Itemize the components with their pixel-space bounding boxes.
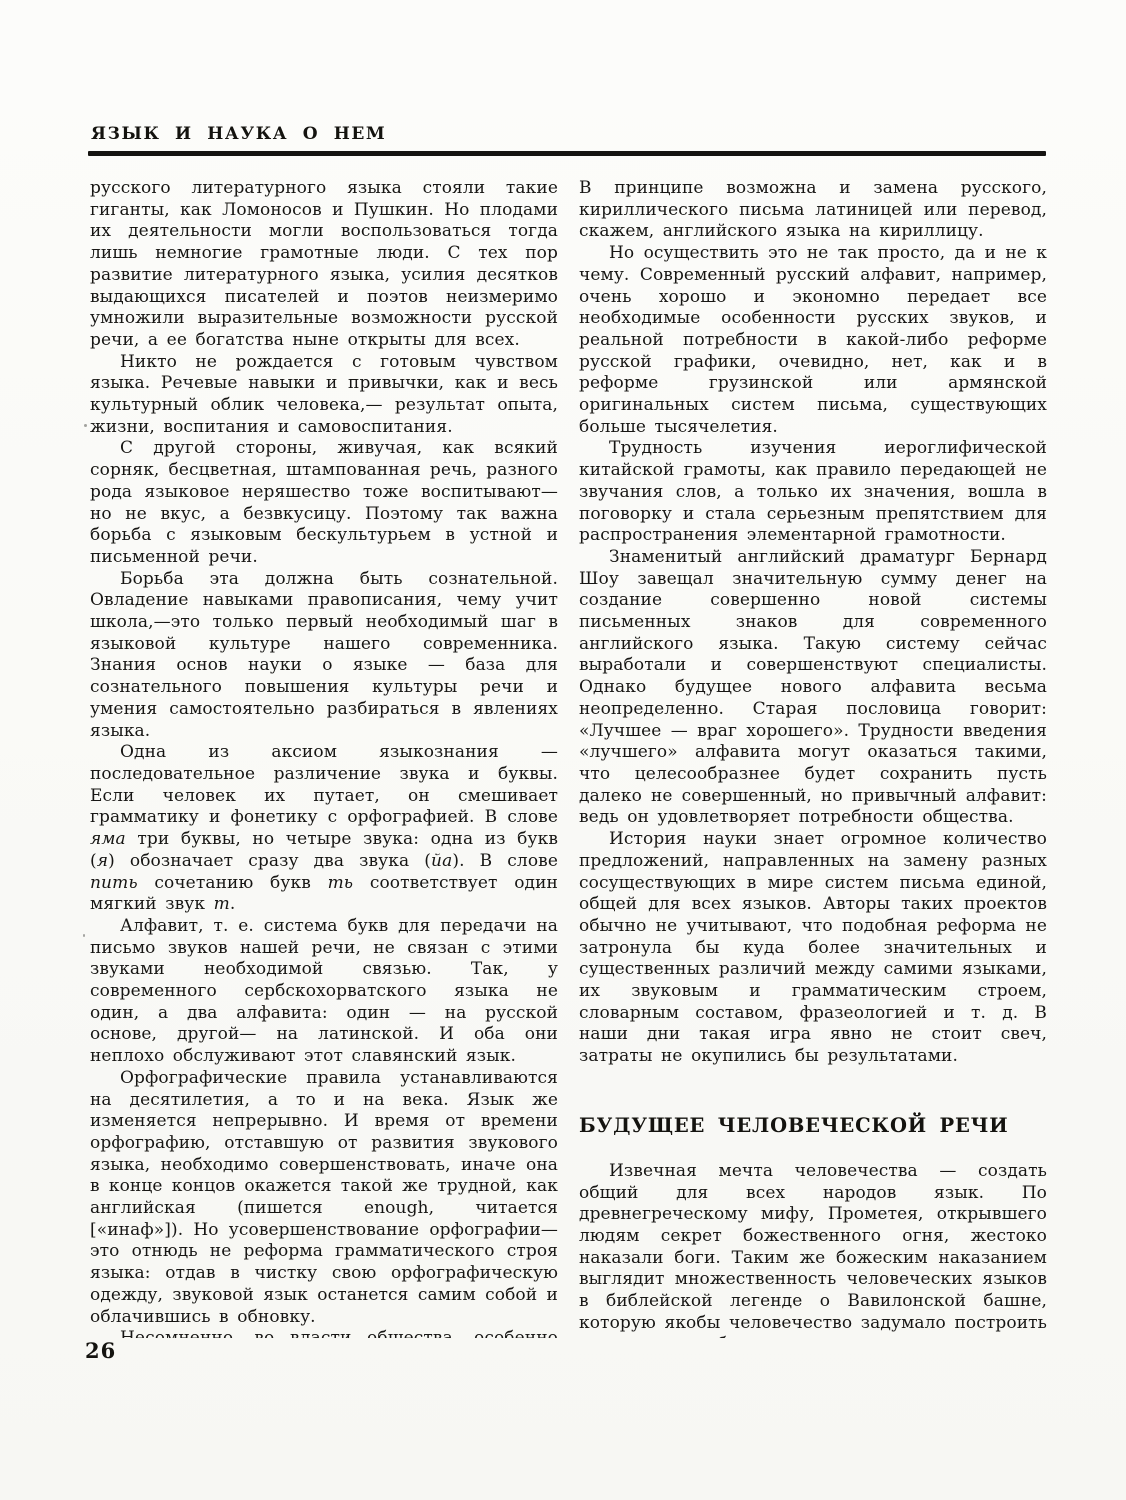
paragraph: Алфавит, т. е. система букв для передачи… bbox=[90, 916, 558, 1068]
running-head: ЯЗЫК И НАУКА О НЕМ bbox=[91, 124, 386, 144]
scan-speck bbox=[83, 934, 85, 937]
header-rule bbox=[88, 151, 1046, 156]
paragraph: русского литературного языка стояли таки… bbox=[90, 178, 558, 352]
right-column-bottom-paragraphs: Извечная мечта человечества — создать об… bbox=[579, 1161, 1047, 1338]
paragraph: Несомненно, во власти общества, особенно… bbox=[90, 1328, 558, 1338]
paragraph: Знаменитый английский драматург Бернард … bbox=[579, 547, 1047, 829]
paragraph: Но осуществить это не так просто, да и н… bbox=[579, 243, 1047, 438]
left-column: русского литературного языка стояли таки… bbox=[90, 178, 558, 1338]
paragraph: Трудность изучения иероглифической китай… bbox=[579, 438, 1047, 547]
paragraph: Одна из аксиом языкознания — последовате… bbox=[90, 742, 558, 916]
paragraph: История науки знает огромное количество … bbox=[579, 829, 1047, 1068]
scan-speck bbox=[84, 424, 87, 427]
page-number: 26 bbox=[85, 1338, 116, 1363]
paragraph: В принципе возможна и замена русского, к… bbox=[579, 178, 1047, 243]
paragraph: Никто не рождается с готовым чувством яз… bbox=[90, 352, 558, 439]
right-column-top-paragraphs: В принципе возможна и замена русского, к… bbox=[579, 178, 1047, 1068]
two-column-text-block: русского литературного языка стояли таки… bbox=[90, 178, 1047, 1338]
paragraph: Орфографические правила устанавливаются … bbox=[90, 1068, 558, 1328]
paragraph: Извечная мечта человечества — создать об… bbox=[579, 1161, 1047, 1338]
paragraph: Борьба эта должна быть сознательной. Овл… bbox=[90, 569, 558, 743]
right-column: В принципе возможна и замена русского, к… bbox=[579, 178, 1047, 1338]
section-heading: БУДУЩЕЕ ЧЕЛОВЕЧЕСКОЙ РЕЧИ bbox=[579, 1114, 1047, 1137]
scanned-book-page: ЯЗЫК И НАУКА О НЕМ русского литературног… bbox=[0, 0, 1126, 1500]
paragraph: С другой стороны, живучая, как всякий со… bbox=[90, 438, 558, 568]
